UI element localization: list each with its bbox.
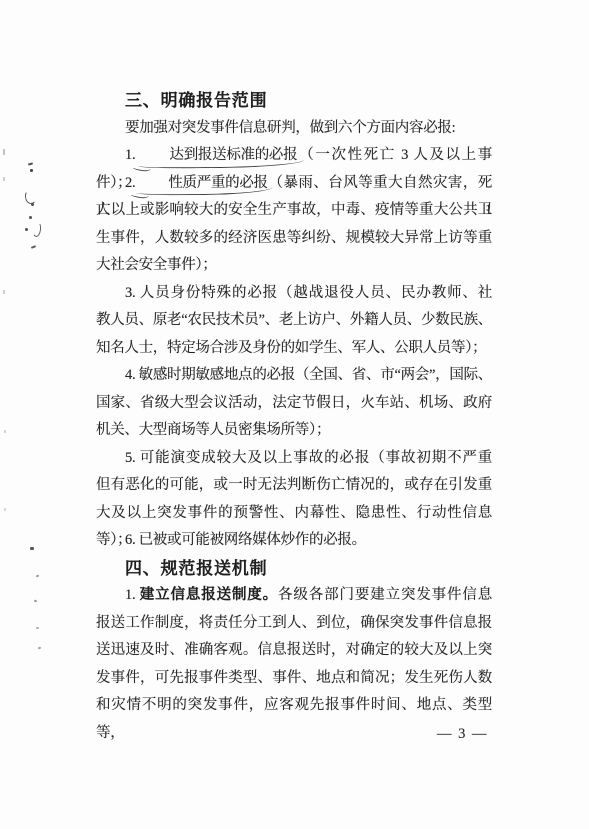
- text-run: 机关、大型商场等人员密集场所等）；: [96, 422, 330, 438]
- text-line: 要加强对突发事件信息研判，做到六个方面内容必报:: [96, 115, 492, 143]
- text-run: 3. 人员身份特殊的必报（越战退役人员、民办教师、社: [125, 285, 492, 301]
- text-line: 6. 已被或可能被网络媒体炒作的必报。: [96, 527, 492, 555]
- bold-phrase: 四、规范报送机制: [125, 559, 267, 578]
- ink-speck: [31, 245, 36, 249]
- ink-speck: [36, 574, 40, 577]
- text-run: 报送工作制度，将责任分工到人、到位，确保突发事件信息报: [96, 615, 492, 631]
- ink-speck: [3, 290, 5, 294]
- text-line: 发事件，可先报事件类型、事件、地点和简况；发生死伤人数: [96, 665, 492, 693]
- text-run: 1.: [125, 147, 141, 163]
- text-line: 但有恶化的可能，或一时无法判断伤亡情况的，或存在引发重: [96, 472, 492, 500]
- bold-phrase: 三、明确报告范围: [125, 91, 267, 110]
- ink-speck: [3, 149, 5, 155]
- ink-speck: [36, 627, 39, 629]
- pen-underlined-phrase: 性质严重的必报: [139, 170, 267, 198]
- ink-speck: [24, 189, 36, 205]
- text-run: 要加强对突发事件信息研判，做到六个方面内容必报:: [125, 120, 455, 136]
- bold-phrase: 建立信息报送制度。: [140, 587, 278, 603]
- text-run: 送迅速及时、准确客观。信息报送时，对确定的较大及以上突: [96, 642, 492, 658]
- text-line: 生事件，人数较多的经济医患等纠纷、规模较大异常上访等重: [96, 225, 492, 253]
- text-block: 三、明确报告范围要加强对突发事件信息研判，做到六个方面内容必报:1. 达到报送标…: [96, 87, 492, 720]
- text-run: 发事件，可先报事件类型、事件、地点和简况；发生死伤人数: [96, 670, 492, 686]
- text-line: 送迅速及时、准确客观。信息报送时，对确定的较大及以上突: [96, 637, 492, 665]
- text-line: 大社会安全事件）；: [96, 252, 492, 280]
- text-line: 报送工作制度，将责任分工到人、到位，确保突发事件信息报: [96, 610, 492, 638]
- ink-speck: [30, 547, 34, 550]
- ink-speck: [28, 162, 33, 165]
- text-line: 知名人士，特定场合涉及身份的如学生、军人、公职人员等）；: [96, 335, 492, 363]
- text-run: 知名人士，特定场合涉及身份的如学生、军人、公职人员等）；: [96, 340, 486, 356]
- text-run: 5. 可能演变成较大及以上事故的必报（事故初期不严重: [125, 450, 492, 466]
- ink-speck: [30, 169, 33, 172]
- section-heading: 三、明确报告范围: [96, 87, 492, 115]
- text-line: 和灾情不明的突发事件，应客观先报事件时间、地点、类型等，: [96, 692, 492, 720]
- text-run: 1.: [125, 587, 140, 603]
- ink-speck: [4, 508, 6, 511]
- document-page: 三、明确报告范围要加强对突发事件信息研判，做到六个方面内容必报:1. 达到报送标…: [0, 0, 589, 829]
- text-run: 但有恶化的可能，或一时无法判断伤亡情况的，或存在引发重: [96, 477, 492, 493]
- ink-speck: [29, 216, 32, 219]
- text-line: 国家、省级大型会议活动，法定节假日，火车站、机场、政府: [96, 390, 492, 418]
- text-run: 6. 已被或可能被网络媒体炒作的必报。: [125, 532, 366, 548]
- page-number: — 3 —: [437, 726, 488, 743]
- ink-speck: [32, 222, 42, 238]
- text-line: 人以上或影响较大的安全生产事故，中毒、疫情等重大公共卫: [96, 197, 492, 225]
- ink-speck: [25, 228, 28, 231]
- text-run: 人以上或影响较大的安全生产事故，中毒、疫情等重大公共卫: [96, 202, 492, 218]
- text-line: 教人员、原老“农民技术员”、老上访户、外籍人员、少数民族、: [96, 307, 492, 335]
- ink-speck: [31, 203, 34, 206]
- text-line: 1. 建立信息报送制度。各级各部门要建立突发事件信息: [96, 582, 492, 610]
- text-line: 1. 达到报送标准的必报（一次性死亡 3 人及以上事件）；: [96, 142, 492, 170]
- text-run: 和灾情不明的突发事件，应客观先报事件时间、地点、类型等，: [96, 697, 492, 741]
- text-run: 生事件，人数较多的经济医患等纠纷、规模较大异常上访等重: [96, 230, 492, 246]
- text-line: 大及以上突发事件的预警性、内幕性、隐患性、行动性信息等）；: [96, 500, 492, 528]
- ink-speck: [34, 600, 38, 603]
- text-run: 国家、省级大型会议活动，法定节假日，火车站、机场、政府: [96, 395, 492, 411]
- text-line: 3. 人员身份特殊的必报（越战退役人员、民办教师、社: [96, 280, 492, 308]
- text-line: 4. 敏感时期敏感地点的必报（全国、省、市“两会”，国际、: [96, 362, 492, 390]
- text-line: 2. 性质严重的必报（暴雨、台风等重大自然灾害，死亡 1: [96, 170, 492, 198]
- pen-underlined-phrase: 达到报送标准的必报: [141, 142, 298, 170]
- text-run: 大社会安全事件）；: [96, 257, 217, 273]
- ink-speck: [3, 177, 5, 181]
- text-run: 教人员、原老“农民技术员”、老上访户、外籍人员、少数民族、: [96, 312, 492, 328]
- text-line: 机关、大型商场等人员密集场所等）；: [96, 417, 492, 445]
- section-heading: 四、规范报送机制: [96, 555, 492, 583]
- ink-speck: [4, 430, 6, 433]
- ink-speck: [38, 647, 41, 650]
- text-run: 4. 敏感时期敏感地点的必报（全国、省、市“两会”，国际、: [125, 367, 492, 383]
- text-line: 5. 可能演变成较大及以上事故的必报（事故初期不严重: [96, 445, 492, 473]
- text-run: 各级各部门要建立突发事件信息: [278, 587, 492, 603]
